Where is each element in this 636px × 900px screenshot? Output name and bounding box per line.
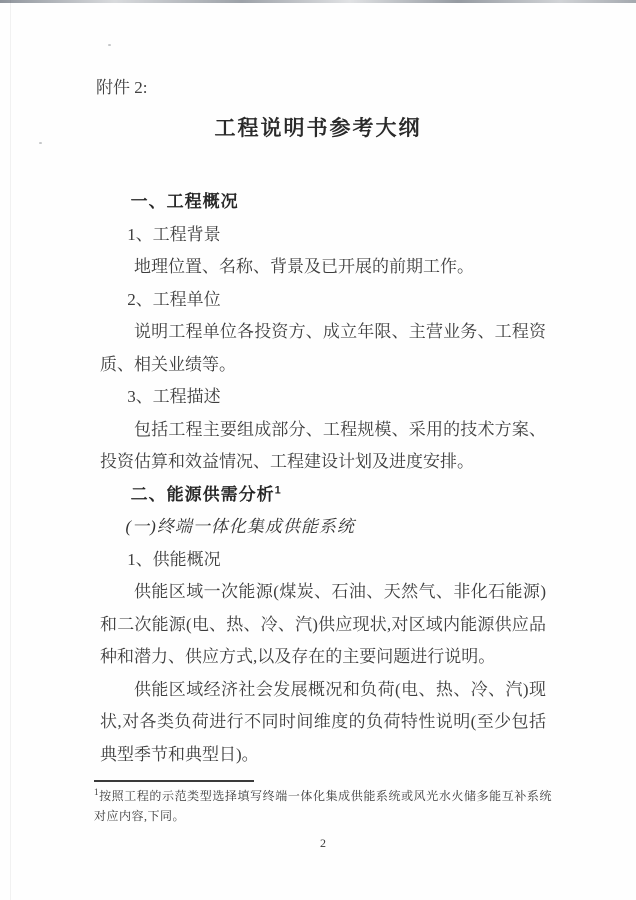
- body-paragraph: 地理位置、名称、背景及已开展的前期工作。: [100, 251, 546, 284]
- attachment-label: 附件 2:: [96, 76, 147, 100]
- page-number: 2: [100, 836, 546, 851]
- footnote-text: 1按照工程的示范类型选择填写终端一体化集成供能系统或风光水火储多能互补系统对应内…: [94, 786, 552, 826]
- document-page: 附件 2: 工程说明书参考大纲 一、工程概况 1、工程背景 地理位置、名称、背景…: [0, 0, 636, 900]
- numbered-item-1: 1、工程背景: [100, 219, 546, 252]
- section-heading-1: 一、工程概况: [100, 186, 546, 219]
- document-title: 工程说明书参考大纲: [0, 112, 636, 142]
- document-body: 一、工程概况 1、工程背景 地理位置、名称、背景及已开展的前期工作。 2、工程单…: [100, 186, 546, 771]
- scan-speck: [108, 44, 111, 46]
- scan-speck: [39, 142, 42, 144]
- section-heading-2-text: 二、能源供需分析: [131, 485, 275, 504]
- scan-top-edge-artifact: [0, 0, 636, 3]
- numbered-item-2: 2、工程单位: [100, 284, 546, 317]
- footnote-divider: [94, 780, 254, 782]
- subsection-heading: (一)终端一体化集成供能系统: [100, 511, 546, 544]
- numbered-item-3: 3、工程描述: [100, 381, 546, 414]
- footnote-body: 按照工程的示范类型选择填写终端一体化集成供能系统或风光水火储多能互补系统对应内容…: [94, 789, 552, 823]
- body-paragraph: 供能区域经济社会发展概况和负荷(电、热、冷、汽)现状,对各类负荷进行不同时间维度…: [100, 674, 546, 772]
- numbered-item-4: 1、供能概况: [100, 544, 546, 577]
- section-heading-2: 二、能源供需分析1: [100, 479, 546, 512]
- body-paragraph: 包括工程主要组成部分、工程规模、采用的技术方案、投资估算和效益情况、工程建设计划…: [100, 414, 546, 479]
- footnote-area: 1按照工程的示范类型选择填写终端一体化集成供能系统或风光水火储多能互补系统对应内…: [94, 780, 552, 826]
- body-paragraph: 供能区域一次能源(煤炭、石油、天然气、非化石能源)和二次能源(电、热、冷、汽)供…: [100, 576, 546, 674]
- body-paragraph: 说明工程单位各投资方、成立年限、主营业务、工程资质、相关业绩等。: [100, 316, 546, 381]
- footnote-reference-mark: 1: [275, 484, 282, 496]
